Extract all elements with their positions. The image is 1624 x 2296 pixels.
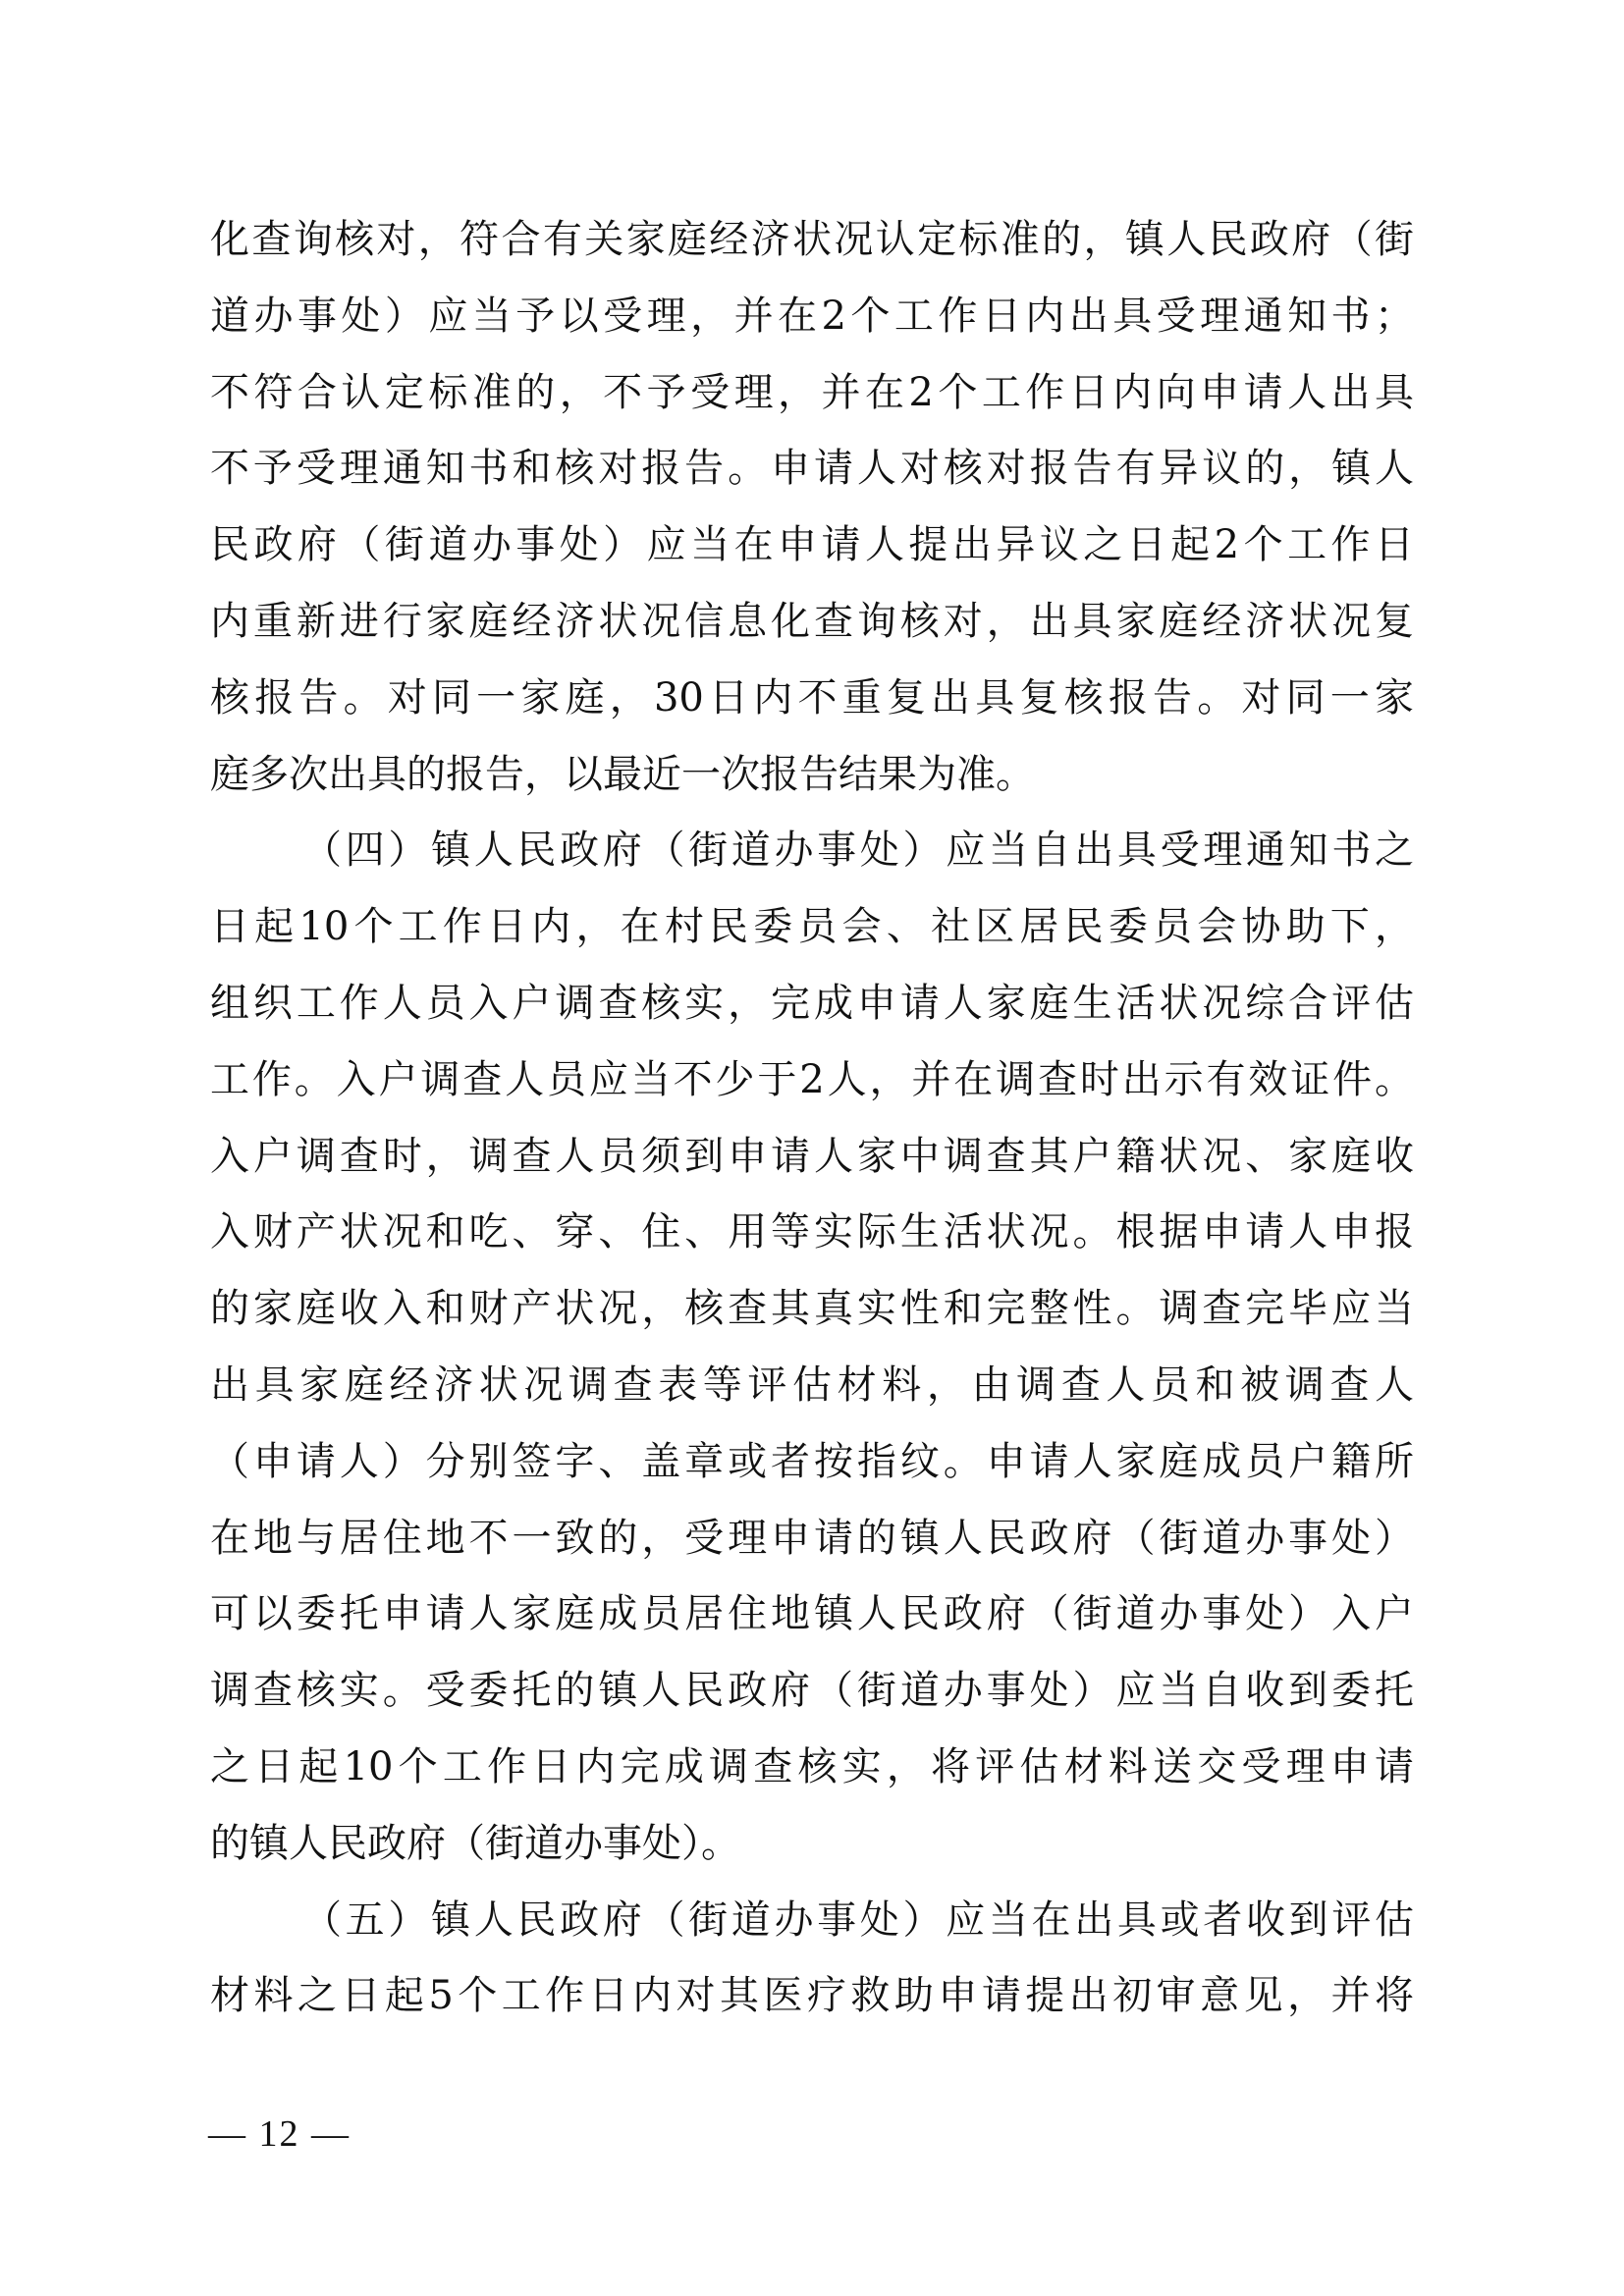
- text-line: 之日起10个工作日内完成调查核实，将评估材料送交受理申请: [210, 1730, 1414, 1806]
- text-line: 入财产状况和吃、穿、住、用等实际生活状况。根据申请人申报: [210, 1195, 1414, 1271]
- paragraph-end-line: 的镇人民政府（街道办事处）。: [210, 1806, 1414, 1883]
- document-page: 化查询核对，符合有关家庭经济状况认定标准的，镇人民政府（街 道办事处）应当予以受…: [0, 0, 1624, 2296]
- paragraph-end-line: 庭多次出具的报告，以最近一次报告结果为准。: [210, 737, 1414, 814]
- text-line: （申请人）分别签字、盖章或者按指纹。申请人家庭成员户籍所: [210, 1424, 1414, 1501]
- text-line: 日起10个工作日内，在村民委员会、社区居民委员会协助下，: [210, 889, 1414, 966]
- text-line: 民政府（街道办事处）应当在申请人提出异议之日起2个工作日: [210, 507, 1414, 584]
- text-line: 不符合认定标准的，不予受理，并在2个工作日内向申请人出具: [210, 355, 1414, 432]
- text-line: 化查询核对，符合有关家庭经济状况认定标准的，镇人民政府（街: [210, 202, 1414, 279]
- page-number: — 12 —: [208, 2112, 351, 2156]
- text-line: 不予受理通知书和核对报告。申请人对核对报告有异议的，镇人: [210, 431, 1414, 507]
- text-line: 材料之日起5个工作日内对其医疗救助申请提出初审意见，并将: [210, 1958, 1414, 2035]
- paragraph-start-line: （四）镇人民政府（街道办事处）应当自出具受理通知书之: [210, 813, 1414, 889]
- text-line: 的家庭收入和财产状况，核查其真实性和完整性。调查完毕应当: [210, 1271, 1414, 1348]
- text-line: 道办事处）应当予以受理，并在2个工作日内出具受理通知书；: [210, 279, 1414, 355]
- paragraph-start-line: （五）镇人民政府（街道办事处）应当在出具或者收到评估: [210, 1883, 1414, 1959]
- text-line: 工作。入户调查人员应当不少于2人，并在调查时出示有效证件。: [210, 1042, 1414, 1119]
- text-line: 在地与居住地不一致的，受理申请的镇人民政府（街道办事处）: [210, 1501, 1414, 1577]
- text-line: 调查核实。受委托的镇人民政府（街道办事处）应当自收到委托: [210, 1653, 1414, 1730]
- text-line: 入户调查时，调查人员须到申请人家中调查其户籍状况、家庭收: [210, 1119, 1414, 1196]
- body-text: 化查询核对，符合有关家庭经济状况认定标准的，镇人民政府（街 道办事处）应当予以受…: [210, 202, 1428, 2035]
- text-line: 内重新进行家庭经济状况信息化查询核对，出具家庭经济状况复: [210, 584, 1414, 661]
- text-line: 可以委托申请人家庭成员居住地镇人民政府（街道办事处）入户: [210, 1576, 1414, 1653]
- text-line: 核报告。对同一家庭，30日内不重复出具复核报告。对同一家: [210, 661, 1414, 737]
- text-line: 组织工作人员入户调查核实，完成申请人家庭生活状况综合评估: [210, 966, 1414, 1042]
- text-line: 出具家庭经济状况调查表等评估材料，由调查人员和被调查人: [210, 1348, 1414, 1424]
